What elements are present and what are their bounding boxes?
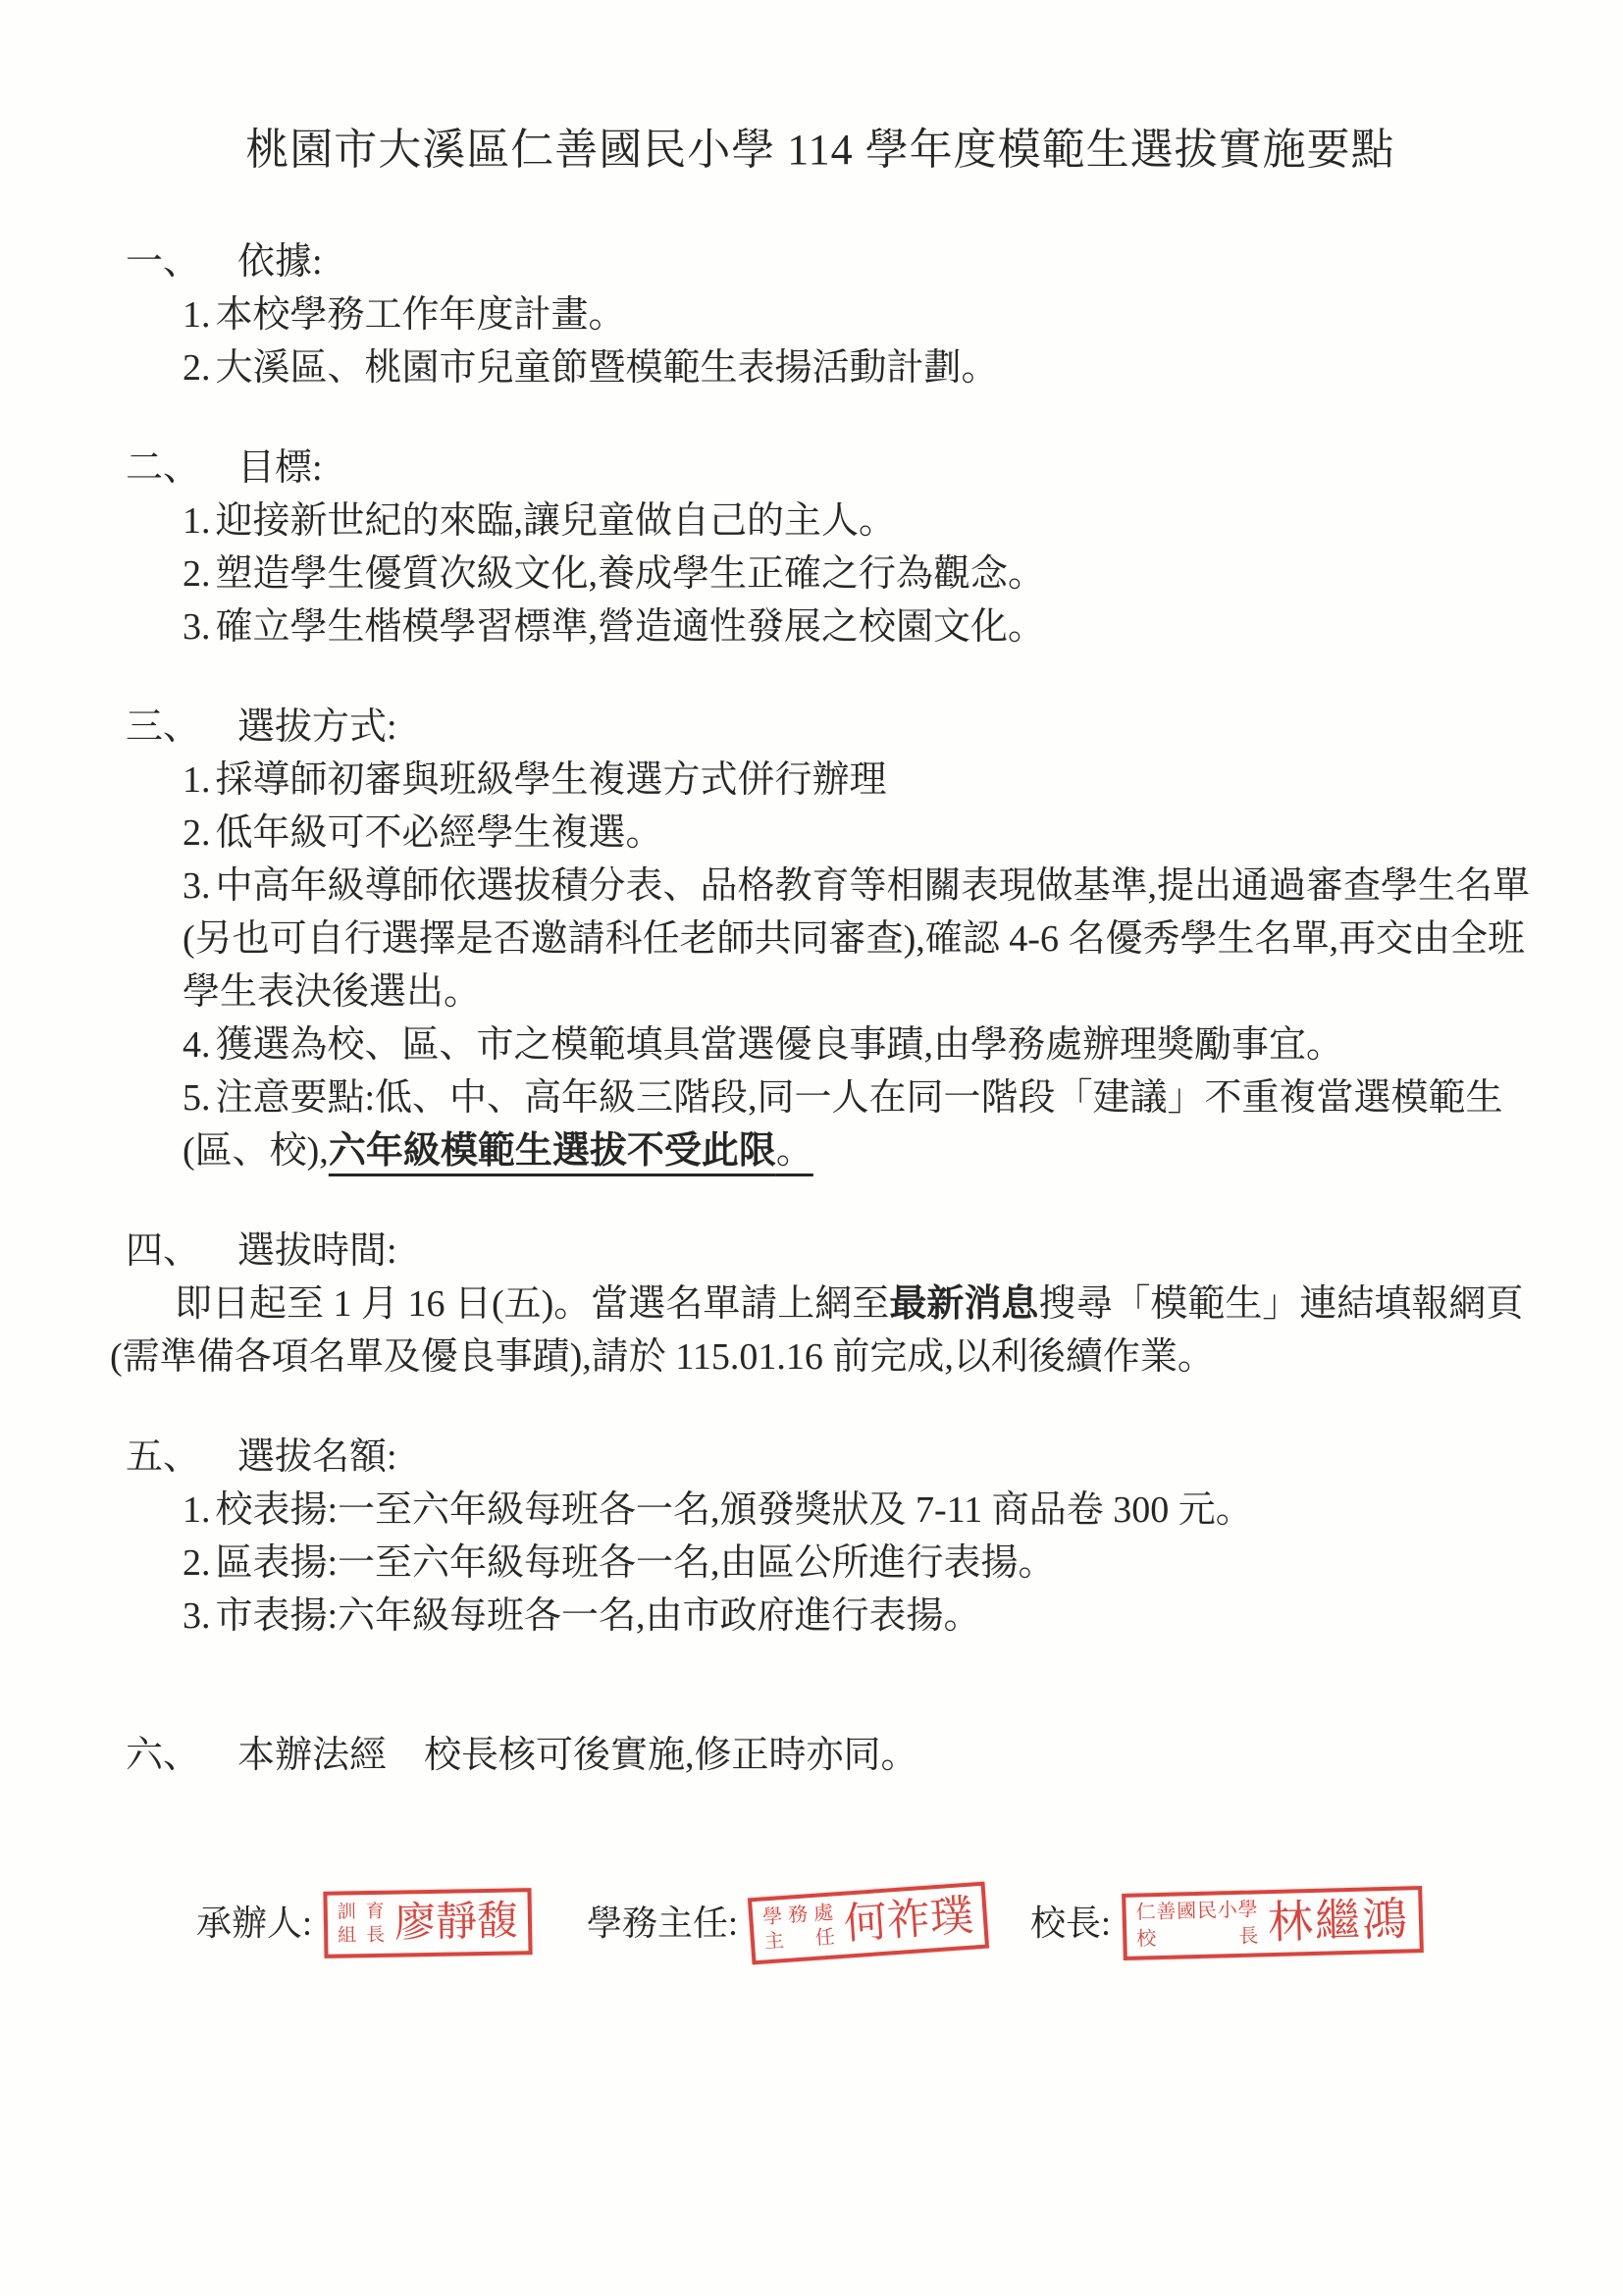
item-number: 1. [183, 294, 211, 336]
signature-label: 承辦人: [196, 1897, 312, 1950]
text-segment: 校表揚:一至六年級每班各一名,頒發獎狀及 7-11 商品卷 300 元。 [216, 1489, 1253, 1531]
item-number: 5. [183, 1077, 211, 1119]
section-title: 選拔方式: [237, 706, 397, 748]
section-heading: 四、選拔時間: [110, 1225, 1531, 1278]
item-number: 2. [183, 347, 211, 389]
stamp-office: 訓育組長 [338, 1900, 386, 1948]
sections-container: 一、依據:1.本校學務工作年度計畫。2.大溪區、桃園市兒童節暨模範生表揚活動計劃… [110, 235, 1531, 1782]
text-segment: 本校學務工作年度計畫。 [216, 294, 626, 336]
section-items: 1.迎接新世紀的來臨,讓兒童做自己的主人。2.塑造學生優質次級文化,養成學生正確… [183, 495, 1531, 653]
stamp-name: 何祚璞 [842, 1889, 974, 1951]
section-6: 六、本辦法經 校長核可後實施,修正時亦同。 [110, 1729, 1531, 1782]
stamp-office-line: 仁善國民小學 [1135, 1897, 1258, 1926]
text-segment: 確立學生楷模學習標準,營造適性發展之校園文化。 [216, 606, 1046, 648]
item-text: 低年級可不必經學生複選。 [216, 812, 663, 854]
item-number: 2. [183, 1542, 211, 1584]
section-title: 依據: [237, 241, 323, 283]
section-number: 五、 [126, 1436, 200, 1478]
seal-stamp: 訓育組長廖靜馥 [323, 1888, 532, 1958]
item-number: 1. [183, 759, 211, 801]
section-title: 目標: [237, 447, 323, 489]
section-2: 二、目標:1.迎接新世紀的來臨,讓兒童做自己的主人。2.塑造學生優質次級文化,養… [110, 442, 1531, 653]
item-text: 本校學務工作年度計畫。 [216, 294, 626, 336]
section-heading: 六、本辦法經 校長核可後實施,修正時亦同。 [110, 1729, 1531, 1782]
list-item: 2.大溪區、桃園市兒童節暨模範生表揚活動計劃。 [183, 341, 1531, 394]
seal-stamp: 仁善國民小學校長林繼鴻 [1122, 1886, 1424, 1960]
section-3: 三、選拔方式:1.採導師初審與班級學生複選方式併行辦理2.低年級可不必經學生複選… [110, 701, 1531, 1177]
underline-text: 。 [776, 1130, 813, 1172]
list-item: 2.塑造學生優質次級文化,養成學生正確之行為觀念。 [183, 548, 1531, 600]
signature-label: 校長: [1030, 1897, 1111, 1950]
item-number: 1. [183, 1489, 211, 1531]
item-number: 2. [183, 812, 211, 854]
item-text: 迎接新世紀的來臨,讓兒童做自己的主人。 [216, 500, 897, 542]
item-text: 大溪區、桃園市兒童節暨模範生表揚活動計劃。 [216, 347, 999, 389]
text-segment: 採導師初審與班級學生複選方式併行辦理 [216, 759, 887, 801]
item-text: 獲選為校、區、市之模範填具當選優良事蹟,由學務處辦理獎勵事宜。 [216, 1024, 1344, 1066]
item-text: 塑造學生優質次級文化,養成學生正確之行為觀念。 [216, 553, 1046, 595]
section-items: 1.採導師初審與班級學生複選方式併行辦理2.低年級可不必經學生複選。3.中高年級… [183, 754, 1531, 1177]
list-item: 4.獲選為校、區、市之模範填具當選優良事蹟,由學務處辦理獎勵事宜。 [183, 1018, 1531, 1071]
item-text: 中高年級導師依選拔積分表、品格教育等相關表現做基準,提出通過審查學生名單(另也可… [183, 865, 1530, 1013]
document-title: 桃園市大溪區仁善國民小學 114 學年度模範生選拔實施要點 [110, 120, 1531, 181]
stamp-office: 仁善國民小學校長 [1135, 1897, 1258, 1953]
section-number: 二、 [126, 447, 200, 489]
seal-stamp: 學務處主任何祚璞 [748, 1881, 989, 1964]
list-item: 5.注意要點:低、中、高年級三階段,同一人在同一階段「建議」不重複當選模範生(區… [183, 1071, 1531, 1177]
section-items: 1.校表揚:一至六年級每班各一名,頒發獎狀及 7-11 商品卷 300 元。2.… [183, 1484, 1531, 1643]
stamp-office-line: 訓育 [338, 1900, 385, 1924]
scanned-document: 桃園市大溪區仁善國民小學 114 學年度模範生選拔實施要點 一、依據:1.本校學… [0, 0, 1623, 2296]
item-number: 3. [183, 865, 211, 907]
text-segment: 即日起至 1 月 16 日(五)。當選名單請上網至 [175, 1283, 889, 1325]
signature-row: 承辦人:訓育組長廖靜馥學務主任:學務處主任何祚璞校長:仁善國民小學校長林繼鴻 [110, 1890, 1531, 1957]
text-segment: 塑造學生優質次級文化,養成學生正確之行為觀念。 [216, 553, 1046, 595]
signature-block: 學務主任:學務處主任何祚璞 [587, 1890, 987, 1957]
section-number: 四、 [126, 1230, 200, 1272]
text-segment: 中高年級導師依選拔積分表、品格教育等相關表現做基準,提出通過審查學生名單(另也可… [183, 865, 1530, 1013]
section-number: 六、 [126, 1735, 200, 1776]
text-segment: 大溪區、桃園市兒童節暨模範生表揚活動計劃。 [216, 347, 999, 389]
stamp-office-line: 校長 [1136, 1923, 1259, 1953]
item-text: 市表揚:六年級每班各一名,由市政府進行表揚。 [216, 1595, 981, 1637]
section-paragraph: 即日起至 1 月 16 日(五)。當選名單請上網至最新消息搜尋「模範生」連結填報… [110, 1278, 1531, 1383]
list-item: 1.本校學務工作年度計畫。 [183, 288, 1531, 341]
list-item: 2.區表揚:一至六年級每班各一名,由區公所進行表揚。 [183, 1537, 1531, 1590]
item-text: 校表揚:一至六年級每班各一名,頒發獎狀及 7-11 商品卷 300 元。 [216, 1489, 1253, 1531]
section-heading: 一、依據: [110, 235, 1531, 288]
list-item: 1.迎接新世紀的來臨,讓兒童做自己的主人。 [183, 495, 1531, 548]
list-item: 1.採導師初審與班級學生複選方式併行辦理 [183, 754, 1531, 807]
section-title: 選拔時間: [237, 1230, 397, 1272]
item-text: 區表揚:一至六年級每班各一名,由區公所進行表揚。 [216, 1542, 1056, 1584]
text-segment: 獲選為校、區、市之模範填具當選優良事蹟,由學務處辦理獎勵事宜。 [216, 1024, 1344, 1066]
signature-block: 承辦人:訓育組長廖靜馥 [196, 1890, 532, 1957]
emphasized-underline-text: 六年級模範生選拔不受此限 [329, 1130, 776, 1172]
bold-text: 最新消息 [889, 1283, 1038, 1325]
stamp-name: 林繼鴻 [1267, 1893, 1409, 1950]
list-item: 3.中高年級導師依選拔積分表、品格教育等相關表現做基準,提出通過審查學生名單(另… [183, 860, 1531, 1018]
section-number: 三、 [126, 706, 200, 748]
section-title: 本辦法經 校長核可後實施,修正時亦同。 [237, 1735, 918, 1776]
item-number: 3. [183, 606, 211, 648]
list-item: 1.校表揚:一至六年級每班各一名,頒發獎狀及 7-11 商品卷 300 元。 [183, 1484, 1531, 1537]
item-number: 2. [183, 553, 211, 595]
text-segment: 市表揚:六年級每班各一名,由市政府進行表揚。 [216, 1595, 981, 1637]
section-heading: 五、選拔名額: [110, 1431, 1531, 1484]
text-segment: 低年級可不必經學生複選。 [216, 812, 663, 854]
stamp-name: 廖靜馥 [394, 1895, 519, 1950]
item-number: 1. [183, 500, 211, 542]
signature-label: 學務主任: [587, 1897, 738, 1950]
section-4: 四、選拔時間:即日起至 1 月 16 日(五)。當選名單請上網至最新消息搜尋「模… [110, 1225, 1531, 1383]
section-5: 五、選拔名額:1.校表揚:一至六年級每班各一名,頒發獎狀及 7-11 商品卷 3… [110, 1431, 1531, 1643]
item-number: 3. [183, 1595, 211, 1637]
section-number: 一、 [126, 241, 200, 283]
stamp-office: 學務處主任 [762, 1901, 836, 1955]
section-heading: 二、目標: [110, 442, 1531, 495]
text-segment: 區表揚:一至六年級每班各一名,由區公所進行表揚。 [216, 1542, 1056, 1584]
item-text: 確立學生楷模學習標準,營造適性發展之校園文化。 [216, 606, 1046, 648]
section-title: 選拔名額: [237, 1436, 397, 1478]
item-text: 注意要點:低、中、高年級三階段,同一人在同一階段「建議」不重複當選模範生(區、校… [183, 1077, 1503, 1172]
document-page: 桃園市大溪區仁善國民小學 114 學年度模範生選拔實施要點 一、依據:1.本校學… [0, 0, 1623, 1957]
section-1: 一、依據:1.本校學務工作年度計畫。2.大溪區、桃園市兒童節暨模範生表揚活動計劃… [110, 235, 1531, 394]
text-segment: 迎接新世紀的來臨,讓兒童做自己的主人。 [216, 500, 897, 542]
list-item: 2.低年級可不必經學生複選。 [183, 807, 1531, 860]
section-items: 1.本校學務工作年度計畫。2.大溪區、桃園市兒童節暨模範生表揚活動計劃。 [183, 288, 1531, 394]
item-number: 4. [183, 1024, 211, 1066]
item-text: 採導師初審與班級學生複選方式併行辦理 [216, 759, 887, 801]
section-heading: 三、選拔方式: [110, 701, 1531, 754]
stamp-office-line: 主任 [763, 1925, 836, 1955]
list-item: 3.市表揚:六年級每班各一名,由市政府進行表揚。 [183, 1590, 1531, 1643]
list-item: 3.確立學生楷模學習標準,營造適性發展之校園文化。 [183, 600, 1531, 653]
stamp-office-line: 組長 [338, 1923, 385, 1948]
signature-block: 校長:仁善國民小學校長林繼鴻 [1030, 1890, 1423, 1957]
